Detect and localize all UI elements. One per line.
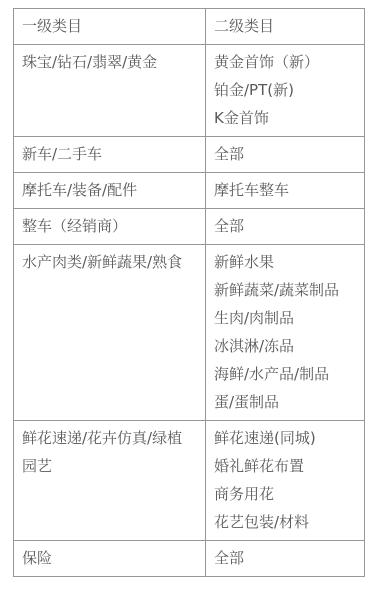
table-row: 整车（经销商）全部 [14,209,365,245]
level2-category-cell: 新鲜水果新鲜蔬菜/蔬菜制品生肉/肉制品冰淇淋/冻品海鲜/水产品/制品蛋/蛋制品 [206,245,365,421]
level2-category-item: 全部 [214,140,356,168]
level2-category-item: 冰淇淋/冻品 [214,332,356,360]
level1-category-cell: 摩托车/装备/配件 [14,173,206,209]
level1-category-cell: 保险 [14,541,206,577]
category-table: 一级类目 二级类目 珠宝/钻石/翡翠/黄金黄金首饰（新）铂金/PT(新)K金首饰… [13,8,365,577]
level1-category-cell: 鲜花速递/花卉仿真/绿植园艺 [14,421,206,541]
table-row: 新车/二手车全部 [14,137,365,173]
level2-category-item: 鲜花速递(同城) [214,424,356,452]
level2-category-item: 婚礼鲜花布置 [214,452,356,480]
level2-category-cell: 鲜花速递(同城)婚礼鲜花布置商务用花花艺包装/材料 [206,421,365,541]
level1-category-cell: 水产肉类/新鲜蔬果/熟食 [14,245,206,421]
level2-category-cell: 摩托车整车 [206,173,365,209]
table-row: 保险全部 [14,541,365,577]
level2-category-item: 蛋/蛋制品 [214,388,356,416]
level1-category-cell: 新车/二手车 [14,137,206,173]
level2-category-item: 黄金首饰（新） [214,48,356,76]
header-row: 一级类目 二级类目 [14,9,365,45]
level1-category-cell: 珠宝/钻石/翡翠/黄金 [14,45,206,137]
level2-category-item: 生肉/肉制品 [214,304,356,332]
table-row: 珠宝/钻石/翡翠/黄金黄金首饰（新）铂金/PT(新)K金首饰 [14,45,365,137]
table-row: 水产肉类/新鲜蔬果/熟食新鲜水果新鲜蔬菜/蔬菜制品生肉/肉制品冰淇淋/冻品海鲜/… [14,245,365,421]
level2-category-item: 商务用花 [214,480,356,508]
header-level2-category: 二级类目 [206,9,365,45]
level2-category-item: 新鲜蔬菜/蔬菜制品 [214,276,356,304]
page: 一级类目 二级类目 珠宝/钻石/翡翠/黄金黄金首饰（新）铂金/PT(新)K金首饰… [0,0,377,597]
level2-category-item: K金首饰 [214,104,356,132]
level2-category-item: 新鲜水果 [214,248,356,276]
level2-category-item: 摩托车整车 [214,176,356,204]
level1-category-cell: 整车（经销商） [14,209,206,245]
table-row: 鲜花速递/花卉仿真/绿植园艺鲜花速递(同城)婚礼鲜花布置商务用花花艺包装/材料 [14,421,365,541]
level2-category-item: 海鲜/水产品/制品 [214,360,356,388]
header-level1-category: 一级类目 [14,9,206,45]
level2-category-item: 全部 [214,544,356,572]
level2-category-item: 铂金/PT(新) [214,76,356,104]
level2-category-item: 花艺包装/材料 [214,508,356,536]
level2-category-cell: 黄金首饰（新）铂金/PT(新)K金首饰 [206,45,365,137]
level2-category-cell: 全部 [206,209,365,245]
level2-category-cell: 全部 [206,541,365,577]
table-row: 摩托车/装备/配件摩托车整车 [14,173,365,209]
level2-category-item: 全部 [214,212,356,240]
level2-category-cell: 全部 [206,137,365,173]
